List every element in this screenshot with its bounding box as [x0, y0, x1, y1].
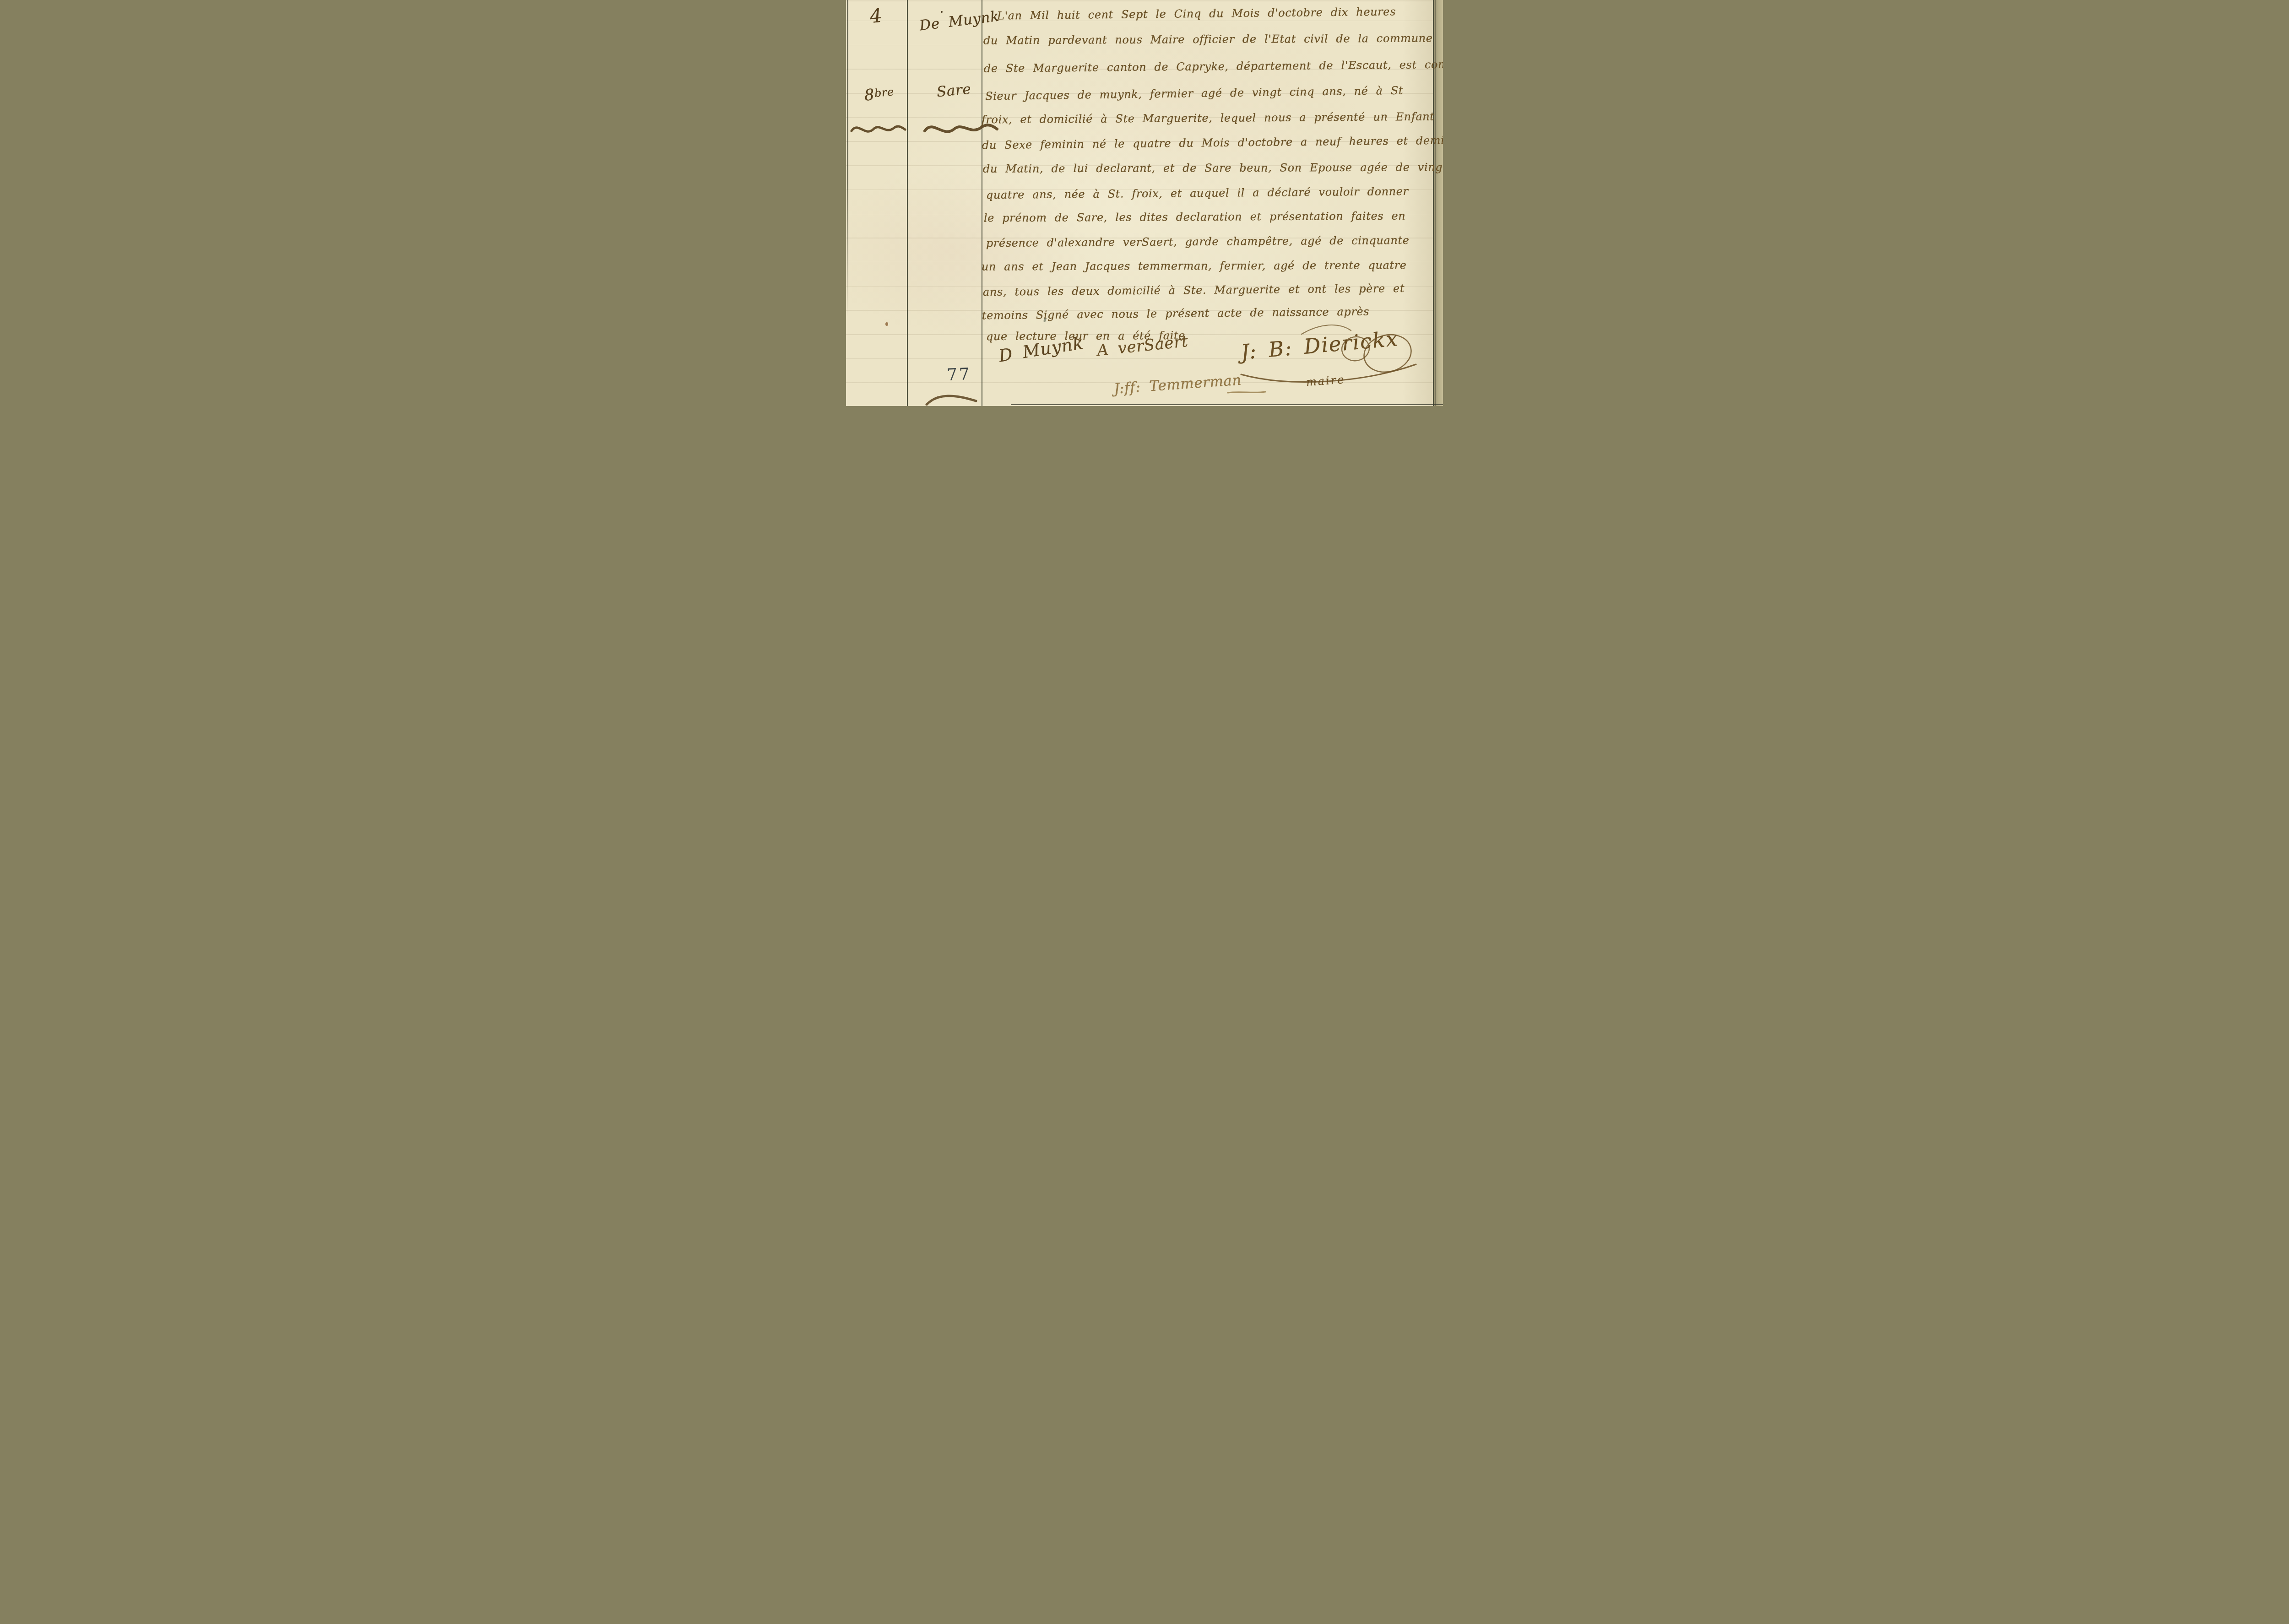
act-line-11: un ans et Jean Jacques temmerman, fermie…	[982, 260, 1407, 272]
bottom-row-rule	[1011, 404, 1443, 405]
margin-column-rule	[907, 0, 908, 406]
act-line-5: froix, et domicilié à Ste Marguerite, le…	[982, 111, 1435, 125]
register-page-scan: 4 8bre De Muynk Sare 77 L'an Mil huit ce…	[846, 0, 1443, 406]
act-line-12: ans, tous les deux domicilié à Ste. Marg…	[983, 283, 1405, 298]
next-entry-flourish-fragment	[924, 392, 979, 406]
temmerman-signature-dash	[1226, 389, 1267, 395]
folio-number: 77	[946, 365, 971, 384]
act-line-10: présence d'alexandre verSaert, garde cha…	[986, 235, 1410, 249]
paper-fleck	[885, 322, 888, 326]
act-line-8: quatre ans, née à St. froix, et auquel i…	[986, 186, 1409, 200]
child-surname: De Muynk	[918, 8, 1000, 34]
margin-flourish	[850, 118, 907, 138]
child-given-name: Sare	[936, 81, 972, 100]
act-line-3: de Ste Marguerite canton de Capryke, dép…	[984, 59, 1443, 74]
act-line-2: du Matin pardevant nous Maire officier d…	[983, 32, 1433, 46]
text-column-rule	[982, 0, 982, 406]
act-line-1: L'an Mil huit cent Sept le Cinq du Mois …	[997, 6, 1396, 21]
act-line-9: le prénom de Sare, les dites declaration…	[984, 211, 1405, 224]
month-suffix: bre	[874, 85, 895, 100]
signature-mayor-title: maire	[1306, 373, 1345, 389]
act-line-4: Sieur Jacques de muynk, fermier agé de v…	[985, 85, 1403, 102]
left-edge-rule	[847, 0, 848, 406]
entry-number: 4	[869, 4, 884, 28]
signature-witness-temmerman: J:ff: Temmerman	[1113, 372, 1242, 397]
act-line-6: du Sexe feminin né le quatre du Mois d'o…	[982, 135, 1443, 151]
act-line-7: du Matin, de lui declarant, et de Sare b…	[983, 162, 1443, 174]
month-abbreviation: 8bre	[863, 84, 895, 105]
ink-speck	[941, 11, 943, 13]
act-line-13: temoins Signé avec nous le présent acte …	[982, 306, 1369, 321]
